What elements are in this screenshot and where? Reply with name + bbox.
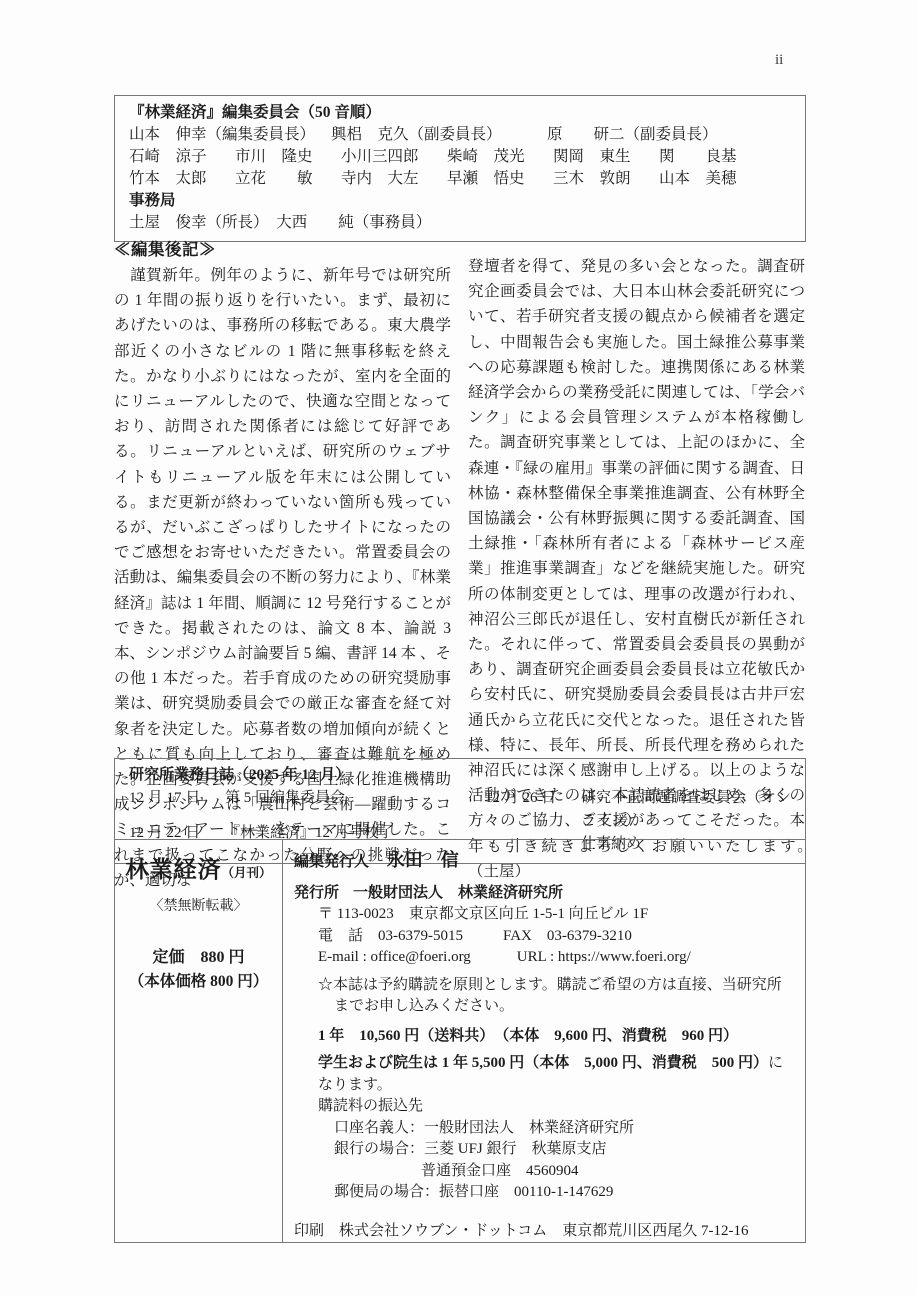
printer-info: 印刷 株式会社ソウブン・ドットコム 東京都荒川区西尾久 7-12-16	[294, 1221, 795, 1243]
diary-title: 研究所業務日誌（2025 年 12 月）	[129, 764, 791, 787]
committee-member: 三木 敦朗	[553, 168, 659, 190]
journal-frequency: （月刊）	[221, 866, 271, 880]
phone: 電 話 03-6379-5015	[318, 928, 463, 944]
publisher-name: 一般財団法人 林業経済研究所	[353, 885, 563, 901]
price-base: （本体価格 800 円）	[115, 969, 282, 991]
committee-member: 立花 敏	[235, 168, 341, 190]
committee-member: 市川 隆史	[235, 146, 341, 168]
student-price-main: 学生および院生は 1 年 5,500 円（本体 5,000 円、消費税 500 …	[318, 1055, 768, 1071]
committee-member: 石崎 涼子	[129, 146, 235, 168]
committee-member: 山本 伸幸（編集委員長）	[129, 124, 331, 146]
price: 定価 880 円	[115, 944, 282, 967]
committee-row-members-2: 竹本 太郎 立花 敏 寺内 大左 早瀬 悟史 三木 敦朗 山本 美穂	[129, 168, 791, 190]
diary-date: 12 月 26 日	[485, 787, 581, 833]
fax: FAX 03-6379-3210	[503, 928, 632, 944]
phone-fax-row: 電 話 03-6379-5015FAX 03-6379-3210	[294, 926, 795, 948]
committee-member: 興梠 克久（副委員長）	[331, 124, 547, 146]
committee-member: 柴崎 茂光	[447, 146, 553, 168]
committee-member: 関岡 東生	[553, 146, 659, 168]
page-number: ii	[775, 52, 783, 69]
subscription-note: ☆本誌は予約購読を原則とします。購読ご希望の方は直接、当研究所までお申し込みくだ…	[294, 975, 795, 1018]
committee-row-chairs: 山本 伸幸（編集委員長） 興梠 克久（副委員長） 原 研二（副委員長）	[129, 124, 791, 146]
committee-title: 『林業経済』編集委員会（50 音順）	[129, 102, 791, 124]
journal-title: 林業経済	[125, 857, 221, 882]
committee-member: 寺内 大左	[341, 168, 447, 190]
editor-label: 編集発行人	[294, 854, 369, 870]
no-reproduction-notice: 〈禁無断転載〉	[115, 895, 282, 915]
bank-info: 銀行の場合：三菱 UFJ 銀行 秋葉原支店	[294, 1139, 795, 1161]
publisher-address: 〒 113-0023 東京都文京区向丘 1-5-1 向丘ビル 1F	[294, 904, 795, 926]
committee-member: 早瀬 悟史	[447, 168, 553, 190]
postal-account: 郵便局の場合：振替口座 00110-1-147629	[294, 1182, 795, 1204]
bank-account-number: 普通預金口座 4560904	[294, 1161, 795, 1183]
email: E-mail : office@foeri.org	[318, 949, 471, 965]
committee-row-members-1: 石崎 涼子 市川 隆史 小川三四郎 柴崎 茂光 関岡 東生 関 良基	[129, 146, 791, 168]
url: URL : https://www.foeri.org/	[517, 949, 691, 965]
publisher-label: 発行所	[294, 885, 339, 901]
diary-event: 第 5 回編集委員会	[225, 787, 485, 822]
student-price: 学生および院生は 1 年 5,500 円（本体 5,000 円、消費税 500 …	[294, 1053, 795, 1096]
diary-date: 12 月 17 日	[129, 787, 225, 822]
secretariat-members: 土屋 俊幸（所長） 大西 純（事務員）	[129, 212, 791, 234]
secretariat-label: 事務局	[129, 190, 791, 212]
committee-member: 小川三四郎	[341, 146, 447, 168]
editor-name: 永田 信	[387, 850, 459, 870]
colophon-right-panel: 編集発行人 永田 信 発行所一般財団法人 林業経済研究所 〒 113-0023 …	[283, 840, 805, 1242]
committee-member: 原 研二（副委員長）	[547, 124, 791, 146]
committee-member: 関 良基	[659, 146, 791, 168]
editorial-committee-box: 『林業経済』編集委員会（50 音順） 山本 伸幸（編集委員長） 興梠 克久（副委…	[114, 95, 806, 242]
diary-event: 研究不正問題調査委員会（オンライン）	[581, 787, 791, 833]
account-holder: 口座名義人：一般財団法人 林業経済研究所	[294, 1118, 795, 1140]
committee-member: 竹本 太郎	[129, 168, 235, 190]
postscript-heading: ≪編集後記≫	[114, 237, 451, 263]
yearly-price: 1 年 10,560 円（送料共） （本体 9,600 円、消費税 960 円）	[294, 1026, 795, 1048]
committee-member: 山本 美穂	[659, 168, 791, 190]
transfer-heading: 購読料の振込先	[294, 1096, 795, 1118]
journal-colophon-page: ii 『林業経済』編集委員会（50 音順） 山本 伸幸（編集委員長） 興梠 克久…	[0, 0, 917, 1295]
publisher-row: 発行所一般財団法人 林業経済研究所	[294, 883, 795, 905]
colophon-left-panel: 林業経済（月刊） 〈禁無断転載〉 定価 880 円 （本体価格 800 円）	[115, 840, 283, 1242]
editor-row: 編集発行人 永田 信	[294, 850, 795, 874]
colophon-box: 林業経済（月刊） 〈禁無断転載〉 定価 880 円 （本体価格 800 円） 編…	[114, 839, 806, 1243]
email-url-row: E-mail : office@foeri.orgURL : https://w…	[294, 947, 795, 969]
